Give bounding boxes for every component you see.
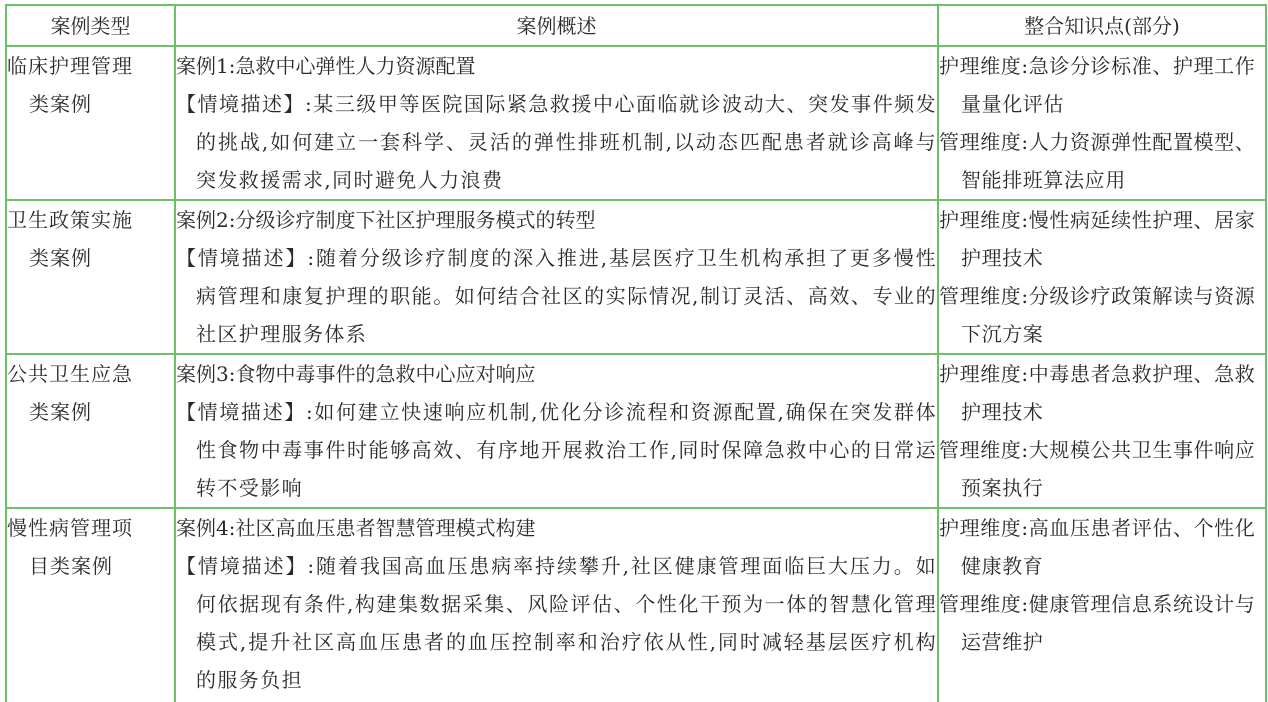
knowledge-points-cell: 护理维度:中毒患者急救护理、急救护理技术 管理维度:大规模公共卫生事件响应预案执…: [938, 354, 1266, 508]
case-type-line: 临床护理管理: [7, 47, 174, 85]
table-row: 公共卫生应急 类案例 案例3:食物中毒事件的急救中心应对响应 【情境描述】:如何…: [6, 354, 1266, 508]
table-row: 临床护理管理 类案例 案例1:急救中心弹性人力资源配置 【情境描述】:某三级甲等…: [6, 46, 1266, 200]
knowledge-nursing-dimension: 护理维度:中毒患者急救护理、急救护理技术: [939, 355, 1265, 431]
case-type-line: 类案例: [7, 239, 174, 277]
knowledge-points-cell: 护理维度:高血压患者评估、个性化健康教育 管理维度:健康管理信息系统设计与运营维…: [938, 508, 1266, 702]
case-overview-cell: 案例1:急救中心弹性人力资源配置 【情境描述】:某三级甲等医院国际紧急救援中心面…: [175, 46, 938, 200]
knowledge-nursing-dimension: 护理维度:慢性病延续性护理、居家护理技术: [939, 201, 1265, 277]
case-title: 案例1:急救中心弹性人力资源配置: [176, 47, 937, 85]
case-type-cell: 慢性病管理项 目类案例: [6, 508, 175, 702]
header-knowledge-points: 整合知识点(部分): [938, 5, 1266, 46]
header-case-overview: 案例概述: [175, 5, 938, 46]
case-title: 案例3:食物中毒事件的急救中心应对响应: [176, 355, 937, 393]
case-scenario: 【情境描述】:随着分级诊疗制度的深入推进,基层医疗卫生机构承担了更多慢性病管理和…: [176, 239, 937, 353]
case-type-cell: 临床护理管理 类案例: [6, 46, 175, 200]
case-type-cell: 公共卫生应急 类案例: [6, 354, 175, 508]
case-overview-cell: 案例4:社区高血压患者智慧管理模式构建 【情境描述】:随着我国高血压患病率持续攀…: [175, 508, 938, 702]
knowledge-points-cell: 护理维度:急诊分诊标准、护理工作量量化评估 管理维度:人力资源弹性配置模型、智能…: [938, 46, 1266, 200]
case-type-line: 卫生政策实施: [7, 201, 174, 239]
case-type-line: 类案例: [7, 85, 174, 123]
case-overview-cell: 案例3:食物中毒事件的急救中心应对响应 【情境描述】:如何建立快速响应机制,优化…: [175, 354, 938, 508]
case-overview-cell: 案例2:分级诊疗制度下社区护理服务模式的转型 【情境描述】:随着分级诊疗制度的深…: [175, 200, 938, 354]
knowledge-management-dimension: 管理维度:分级诊疗政策解读与资源下沉方案: [939, 277, 1265, 353]
knowledge-nursing-dimension: 护理维度:高血压患者评估、个性化健康教育: [939, 509, 1265, 585]
table-row: 慢性病管理项 目类案例 案例4:社区高血压患者智慧管理模式构建 【情境描述】:随…: [6, 508, 1266, 702]
knowledge-nursing-dimension: 护理维度:急诊分诊标准、护理工作量量化评估: [939, 47, 1265, 123]
case-scenario: 【情境描述】:随着我国高血压患病率持续攀升,社区健康管理面临巨大压力。如何依据现…: [176, 547, 937, 699]
case-title: 案例4:社区高血压患者智慧管理模式构建: [176, 509, 937, 547]
case-type-line: 类案例: [7, 393, 174, 431]
case-table: 案例类型 案例概述 整合知识点(部分) 临床护理管理 类案例 案例1:急救中心弹…: [5, 4, 1267, 702]
table-row: 卫生政策实施 类案例 案例2:分级诊疗制度下社区护理服务模式的转型 【情境描述】…: [6, 200, 1266, 354]
case-title: 案例2:分级诊疗制度下社区护理服务模式的转型: [176, 201, 937, 239]
knowledge-management-dimension: 管理维度:人力资源弹性配置模型、智能排班算法应用: [939, 123, 1265, 199]
case-type-line: 目类案例: [7, 547, 174, 585]
knowledge-management-dimension: 管理维度:健康管理信息系统设计与运营维护: [939, 585, 1265, 661]
case-scenario: 【情境描述】:如何建立快速响应机制,优化分诊流程和资源配置,确保在突发群体性食物…: [176, 393, 937, 507]
case-type-cell: 卫生政策实施 类案例: [6, 200, 175, 354]
knowledge-points-cell: 护理维度:慢性病延续性护理、居家护理技术 管理维度:分级诊疗政策解读与资源下沉方…: [938, 200, 1266, 354]
case-type-line: 慢性病管理项: [7, 509, 174, 547]
case-type-line: 公共卫生应急: [7, 355, 174, 393]
table-header-row: 案例类型 案例概述 整合知识点(部分): [6, 5, 1266, 46]
knowledge-management-dimension: 管理维度:大规模公共卫生事件响应预案执行: [939, 431, 1265, 507]
header-case-type: 案例类型: [6, 5, 175, 46]
case-scenario: 【情境描述】:某三级甲等医院国际紧急救援中心面临就诊波动大、突发事件频发的挑战,…: [176, 85, 937, 199]
